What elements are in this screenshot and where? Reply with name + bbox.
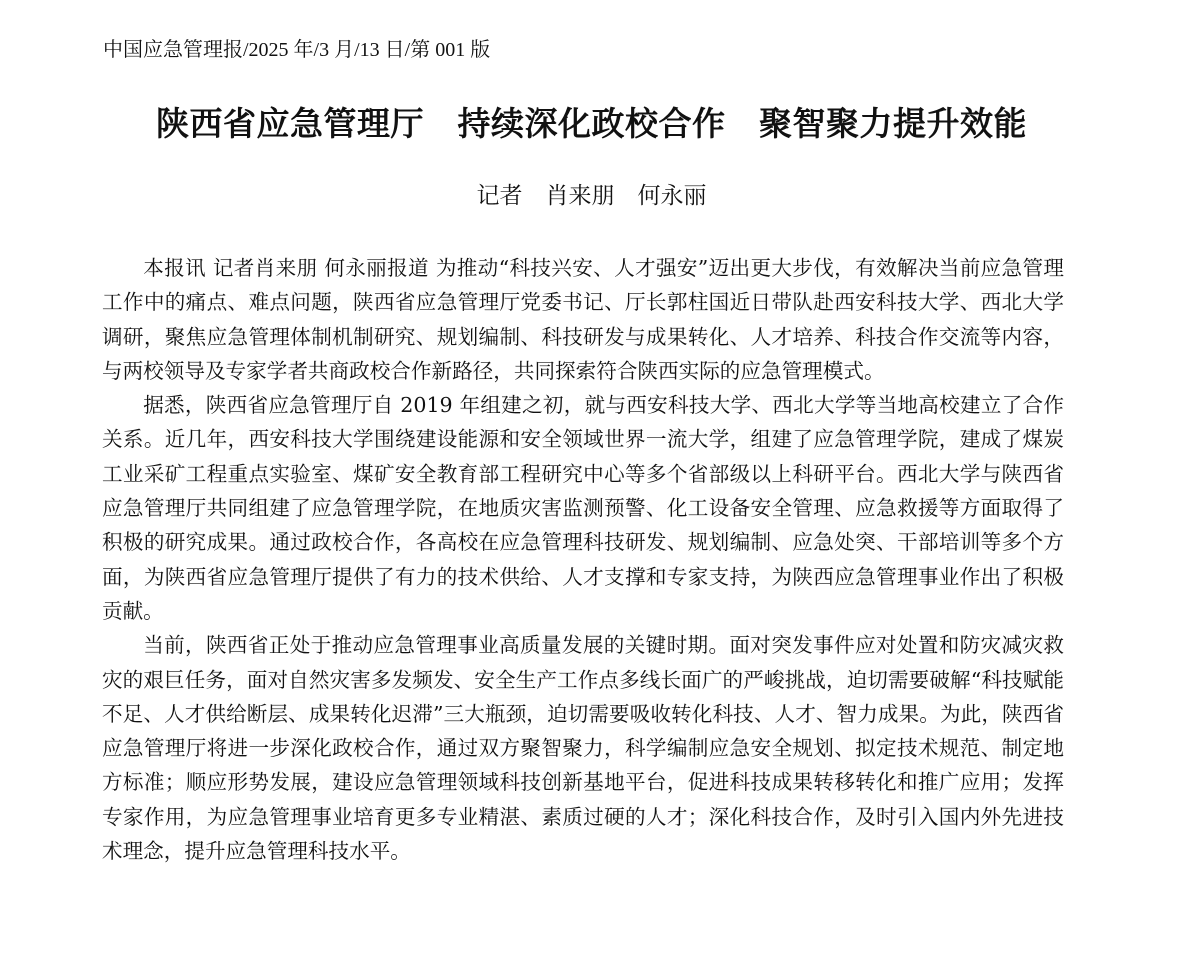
article-byline: 记者 肖来朋 何永丽 xyxy=(0,180,1183,212)
publication-info: 中国应急管理报/2025 年/3 月/13 日/第 001 版 xyxy=(103,37,490,63)
article-body: 本报讯 记者肖来朋 何永丽报道 为推动“科技兴安、人才强安”迈出更大步伐，有效解… xyxy=(102,251,1064,868)
paragraph-2: 据悉，陕西省应急管理厅自 2019 年组建之初，就与西安科技大学、西北大学等当地… xyxy=(102,388,1064,628)
article-title: 陕西省应急管理厅 持续深化政校合作 聚智聚力提升效能 xyxy=(0,102,1183,146)
paragraph-3: 当前，陕西省正处于推动应急管理事业高质量发展的关键时期。面对突发事件应对处置和防… xyxy=(102,628,1064,868)
paragraph-1: 本报讯 记者肖来朋 何永丽报道 为推动“科技兴安、人才强安”迈出更大步伐，有效解… xyxy=(102,251,1064,388)
